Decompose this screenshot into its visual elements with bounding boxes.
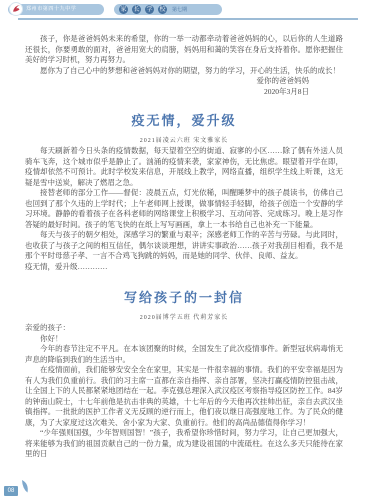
- school-banner: 郑州市第四十九中学: [8, 4, 104, 15]
- article2-paragraph: 在疫情面前，我们能够安安全全在家里，其实是一件很幸福的事情。我们的平安幸福是因为…: [25, 365, 343, 428]
- article2-greeting: 你好！: [25, 334, 343, 345]
- school-name: 郑州市第四十九中学: [26, 7, 76, 12]
- school-logo-icon: [9, 2, 23, 16]
- badge-char-icon: 学: [145, 5, 154, 14]
- letter-date: 2020年3月8日: [25, 87, 343, 98]
- masthead-badges: 家 长 学 校 第七期: [114, 4, 222, 15]
- article2-salutation: 亲爱的孩子：: [25, 323, 343, 334]
- article1-paragraph: 每天刷新着今日头条的疫情数据，每天望着空空的街道、寂寥的小区……除了偶有外送人员…: [25, 146, 343, 188]
- letter-signoff: 爱你的爸爸妈妈: [25, 76, 343, 87]
- article1-closing-line: 疫无情，爱升级…………: [25, 262, 343, 273]
- letter-paragraph: 孩子，你是爸爸妈妈未来的希望，你的一举一动都牵动着爸爸妈妈的心，以后你的人生道路…: [25, 34, 343, 66]
- header-rule: [18, 18, 358, 20]
- badge-char-icon: 长: [132, 5, 141, 14]
- article2-byline: 2020届博学五班 代莉芳家长: [25, 313, 343, 324]
- article1-byline: 2021届凌云六班 宋文雅家长: [25, 136, 343, 147]
- article2-paragraph: “少年强则国强，少年智则国智！”孩子，我希望你珍惜时间，努力学习，让自己更加强大…: [25, 428, 343, 460]
- page-header: 郑州市第四十九中学 家 长 学 校 第七期: [8, 3, 360, 16]
- letter-paragraph: 愿你为了自己心中的梦想和爸爸妈妈对你的期望，努力的学习，开心的生活，快乐的成长！: [25, 66, 343, 77]
- badge-char-icon: 家: [119, 5, 128, 14]
- leaf-ornament-icon: [21, 480, 29, 498]
- issue-label: 第七期: [172, 6, 187, 13]
- article2-title: 写给孩子的一封信: [25, 293, 343, 304]
- badge-char-icon: 校: [158, 5, 167, 14]
- article1-title: 疫无情，爱升级: [25, 116, 343, 127]
- article1-paragraph: 接替老师的部分工作——督促：凌晨五点，灯光依稀，叫醒睡梦中的孩子晨读书，仿佛自己…: [25, 188, 343, 230]
- article2-paragraph: 今年的春节注定不平凡。在本该团聚的时候，全国发生了此次疫情事件。新型冠状病毒悄无…: [25, 344, 343, 365]
- newsletter-page: 郑州市第四十九中学 家 长 学 校 第七期 孩子，你是爸爸妈妈未来的希望，你的一…: [0, 0, 368, 500]
- article1-paragraph: 每天与孩子的朝夕相处，深感学习的繁重与艰辛；深感老师工作的辛苦与劳碌。与此同时，…: [25, 230, 343, 262]
- page-content: 孩子，你是爸爸妈妈未来的希望，你的一举一动都牵动着爸爸妈妈的心，以后你的人生道路…: [25, 34, 343, 460]
- page-number-badge: 08: [4, 486, 18, 496]
